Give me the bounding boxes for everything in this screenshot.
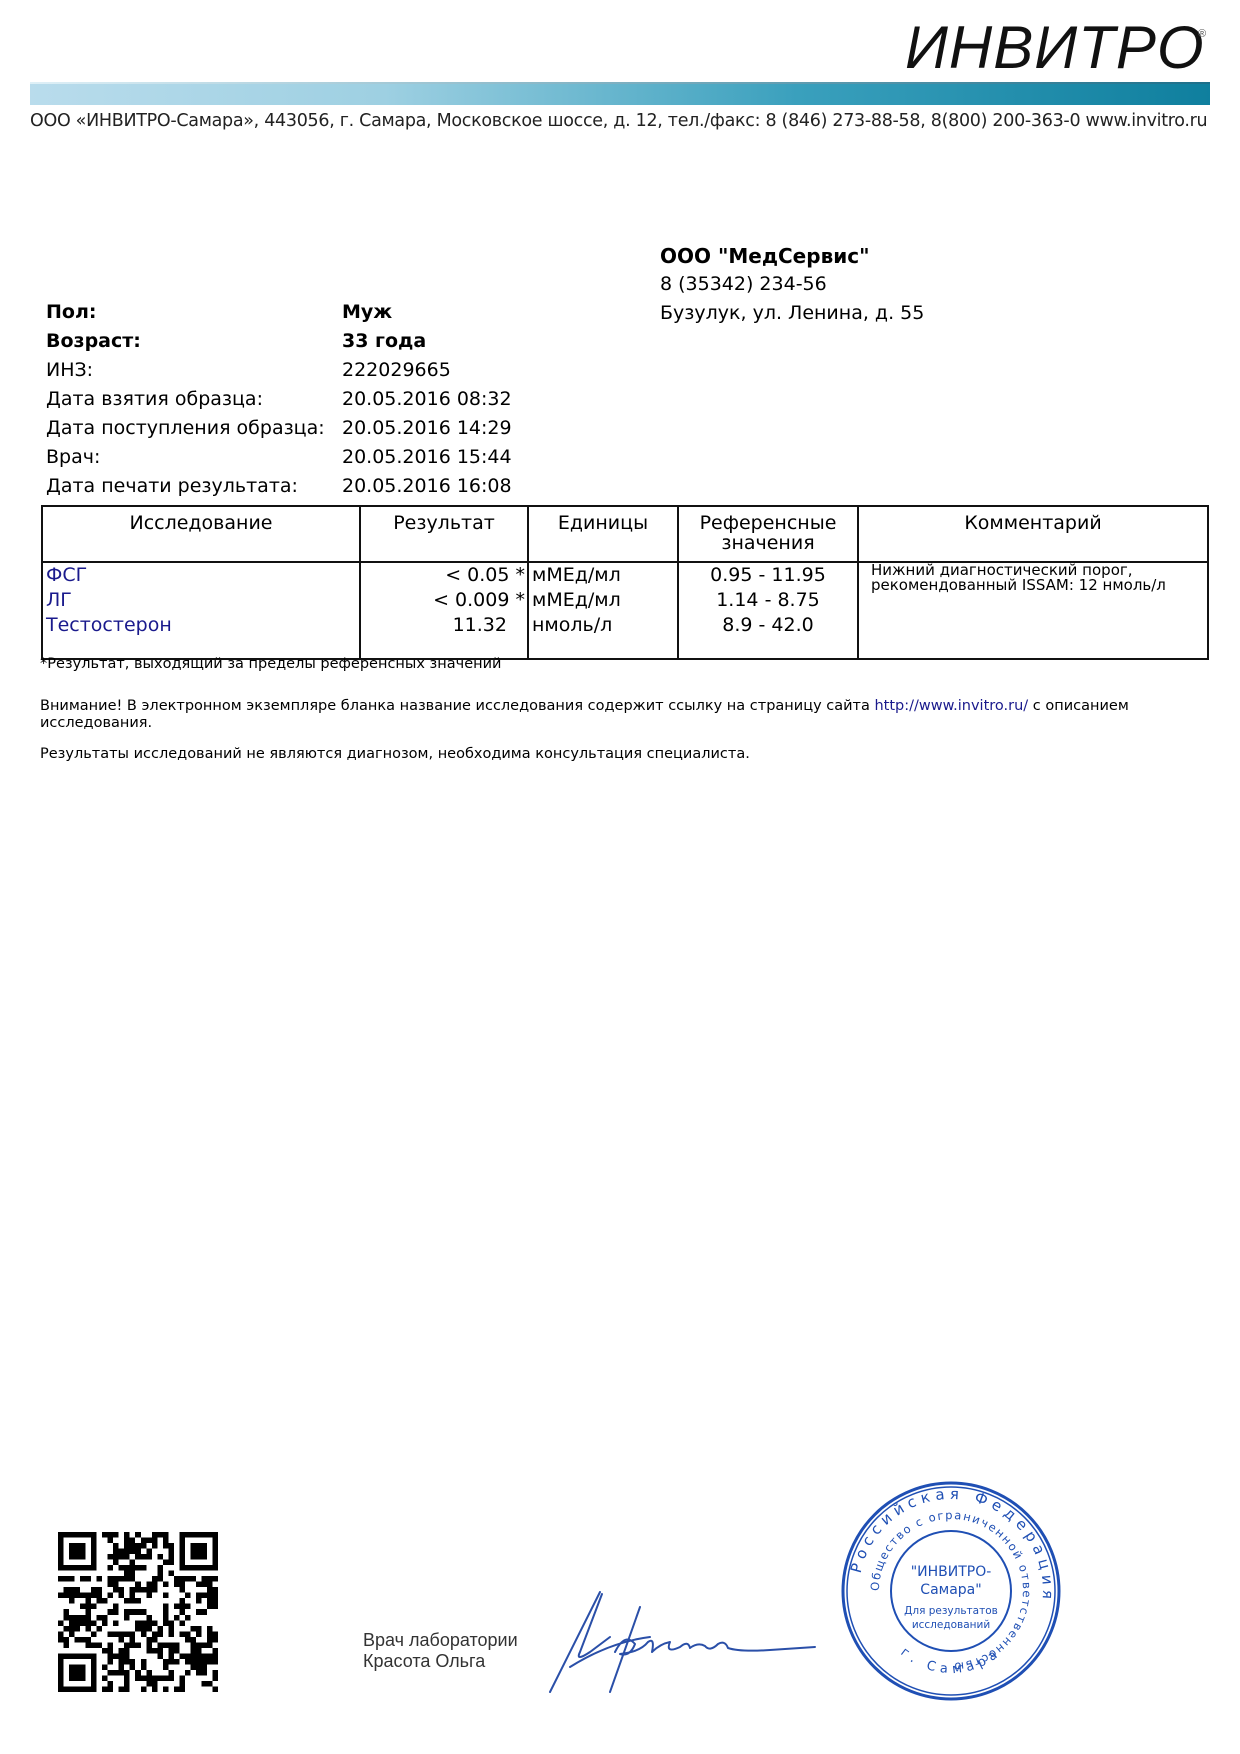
results-cell: < 0.05 * < 0.009 * 11.32: [360, 562, 528, 659]
unit-fsh: мМЕд/мл: [532, 563, 674, 588]
result-fsh: < 0.05 *: [364, 563, 527, 588]
test-link-fsh[interactable]: ФСГ: [46, 563, 356, 588]
comment-line-2: рекомендованный ISSAM: 12 нмоль/л: [871, 578, 1204, 593]
header-reference: Референсные значения: [678, 506, 858, 562]
lab-address: ООО «ИНВИТРО-Самара», 443056, г. Самара,…: [30, 111, 1207, 131]
table-header-row: Исследование Результат Единицы Референсн…: [42, 506, 1208, 562]
sex-label: Пол:: [46, 301, 96, 323]
test-link-testosterone[interactable]: Тестостерон: [46, 613, 356, 638]
inz-label: ИНЗ:: [46, 359, 93, 381]
sex-value: Муж: [342, 301, 392, 323]
invitro-link[interactable]: http://www.invitro.ru/: [874, 698, 1028, 714]
sample-received-label: Дата поступления образца:: [46, 417, 325, 439]
clinic-phone: 8 (35342) 234-56: [660, 273, 827, 295]
print-date-label: Дата печати результата:: [46, 475, 298, 497]
header-band: [30, 84, 1210, 105]
header-test: Исследование: [42, 506, 360, 562]
doctor-title: Врач лаборатории: [363, 1630, 518, 1651]
signature: [540, 1582, 820, 1702]
result-testosterone: 11.32: [364, 613, 527, 638]
stamp-center-1: "ИНВИТРО-: [911, 1564, 992, 1580]
doctor-label: Врач:: [46, 446, 100, 468]
doctor-name: Красота Ольга: [363, 1651, 518, 1672]
unit-testosterone: нмоль/л: [532, 613, 674, 638]
units-cell: мМЕд/мл мМЕд/мл нмоль/л: [528, 562, 678, 659]
reference-cell: 0.95 - 11.95 1.14 - 8.75 8.9 - 42.0: [678, 562, 858, 659]
invitro-logo: ИНВИТРО: [905, 18, 1205, 78]
stamp-center-4: исследований: [912, 1619, 990, 1631]
reference-testosterone: 8.9 - 42.0: [682, 613, 854, 638]
print-date-value: 20.05.2016 16:08: [342, 475, 512, 497]
reference-fsh: 0.95 - 11.95: [682, 563, 854, 588]
age-label: Возраст:: [46, 330, 141, 352]
unit-lh: мМЕд/мл: [532, 588, 674, 613]
clinic-name: ООО "МедСервис": [660, 244, 870, 268]
company-stamp: Российская Федерация Общество с ограниче…: [838, 1478, 1064, 1704]
reference-lh: 1.14 - 8.75: [682, 588, 854, 613]
header-result: Результат: [360, 506, 528, 562]
doctor-value: 20.05.2016 15:44: [342, 446, 512, 468]
registered-mark: ®: [1198, 28, 1206, 40]
clinic-address: Бузулук, ул. Ленина, д. 55: [660, 302, 924, 324]
comment-cell: Нижний диагностический порог, рекомендов…: [858, 562, 1208, 659]
attention-prefix: Внимание! В электронном экземпляре бланк…: [40, 698, 874, 714]
header-units: Единицы: [528, 506, 678, 562]
table-row: ФСГ ЛГ Тестостерон < 0.05 * < 0.009 * 11…: [42, 562, 1208, 659]
qr-code: [58, 1532, 218, 1692]
test-link-lh[interactable]: ЛГ: [46, 588, 356, 613]
sample-received-value: 20.05.2016 14:29: [342, 417, 512, 439]
attention-note: Внимание! В электронном экземпляре бланк…: [40, 698, 1200, 732]
lab-doctor: Врач лаборатории Красота Ольга: [363, 1630, 518, 1672]
stamp-center-2: Самара": [920, 1582, 981, 1598]
footnote: *Результат, выходящий за пределы референ…: [40, 656, 501, 672]
age-value: 33 года: [342, 330, 426, 352]
test-names-cell: ФСГ ЛГ Тестостерон: [42, 562, 360, 659]
inz-value: 222029665: [342, 359, 451, 381]
results-table: Исследование Результат Единицы Референсн…: [41, 505, 1209, 660]
stamp-center-3: Для результатов: [904, 1605, 998, 1617]
sample-taken-label: Дата взятия образца:: [46, 388, 263, 410]
result-lh: < 0.009 *: [364, 588, 527, 613]
sample-taken-value: 20.05.2016 08:32: [342, 388, 512, 410]
disclaimer: Результаты исследований не являются диаг…: [40, 746, 750, 762]
header-comment: Комментарий: [858, 506, 1208, 562]
